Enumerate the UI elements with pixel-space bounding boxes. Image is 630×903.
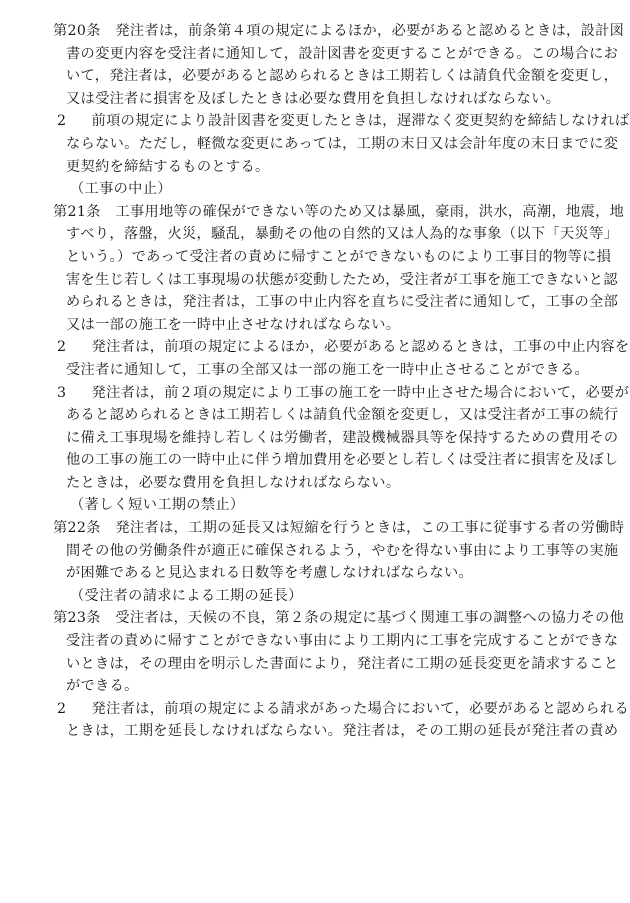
article-21-para-3: 3 発注者は，前２項の規定により工事の施工を一時中止させた場合において，必要が <box>53 382 578 405</box>
article-21-line-5: められるときは，発注者は，工事の中止内容を直ちに受注者に通知して，工事の全部 <box>53 291 578 314</box>
article-21-para-2-line-2: 受注者に通知して，工事の全部又は一部の施工を一時中止させることができる。 <box>53 359 578 382</box>
article-23-para-2: 2 発注者は，前項の規定による請求があった場合において，必要があると認められる <box>53 698 578 721</box>
section-heading-extension-request: （受注者の請求による工期の延長） <box>53 585 578 608</box>
section-heading-work-suspension: （工事の中止） <box>53 178 578 201</box>
article-20-line-4: 又は受注者に損害を及ぼしたときは必要な費用を負担しなければならない。 <box>53 88 578 111</box>
article-22-line-1: 第22条 発注者は，工期の延長又は短縮を行うときは，この工事に従事する者の労働時 <box>53 517 578 540</box>
article-23-para-2-line-2: ときは，工期を延長しなければならない。発注者は，その工期の延長が発注者の責め <box>53 720 578 743</box>
article-20-line-2: 書の変更内容を受注者に通知して，設計図書を変更することができる。この場合にお <box>53 43 578 66</box>
article-23-line-4: ができる。 <box>53 675 578 698</box>
article-20-para-2-line-3: 更契約を締結するものとする。 <box>53 156 578 179</box>
document-page: 第20条 発注者は，前条第４項の規定によるほか，必要があると認めるときは，設計図… <box>53 20 578 743</box>
paragraph-text: 発注者は，前２項の規定により工事の施工を一時中止させた場合において，必要が <box>77 385 629 401</box>
article-23-line-1: 第23条 受注者は，天候の不良，第２条の規定に基づく関連工事の調整への協力その他 <box>53 607 578 630</box>
article-23-line-3: いときは，その理由を明示した書面により，発注者に工期の延長変更を請求すること <box>53 653 578 676</box>
paragraph-number: 2 <box>53 110 77 133</box>
paragraph-number: 2 <box>53 698 77 721</box>
article-21-line-6: 又は一部の施工を一時中止させなければならない。 <box>53 314 578 337</box>
article-21-para-3-line-4: 他の工事の施工の一時中止に伴う増加費用を必要とし若しくは受注者に損害を及ぼし <box>53 449 578 472</box>
article-21-para-3-line-2: あると認められるときは工期若しくは請負代金額を変更し，又は受注者が工事の続行 <box>53 404 578 427</box>
article-21-line-2: すべり，落盤，火災，騒乱，暴動その他の自然的又は人為的な事象（以下「天災等」 <box>53 223 578 246</box>
article-20-para-2-line-2: ならない。ただし，軽微な変更にあっては，工期の末日又は会計年度の末日までに変 <box>53 133 578 156</box>
paragraph-number: 3 <box>53 382 77 405</box>
article-23-line-2: 受注者の責めに帰すことができない事由により工期内に工事を完成することができな <box>53 630 578 653</box>
article-21-para-2: 2 発注者は，前項の規定によるほか，必要があると認めるときは，工事の中止内容を <box>53 336 578 359</box>
paragraph-text: 前項の規定により設計図書を変更したときは，遅滞なく変更契約を締結しなければ <box>77 113 629 129</box>
article-22-line-3: が困難であると見込まれる日数等を考慮しなければならない。 <box>53 562 578 585</box>
article-22-line-2: 間その他の労働条件が適正に確保されるよう，やむを得ない事由により工事等の実施 <box>53 540 578 563</box>
article-21-para-3-line-5: たときは，必要な費用を負担しなければならない。 <box>53 472 578 495</box>
article-21-line-4: 害を生じ若しくは工事現場の状態が変動したため，受注者が工事を施工できないと認 <box>53 269 578 292</box>
paragraph-number: 2 <box>53 336 77 359</box>
article-20-line-3: いて，発注者は，必要があると認められるときは工期若しくは請負代金額を変更し， <box>53 65 578 88</box>
article-20-line-1: 第20条 発注者は，前条第４項の規定によるほか，必要があると認めるときは，設計図 <box>53 20 578 43</box>
article-21-para-3-line-3: に備え工事現場を維持し若しくは労働者，建設機械器具等を保持するための費用その <box>53 427 578 450</box>
paragraph-text: 発注者は，前項の規定による請求があった場合において，必要があると認められる <box>77 701 629 717</box>
article-21-line-1: 第21条 工事用地等の確保ができない等のため又は暴風，豪雨，洪水，高潮，地震，地 <box>53 201 578 224</box>
article-21-line-3: という。）であって受注者の責めに帰すことができないものにより工事目的物等に損 <box>53 246 578 269</box>
article-20-para-2: 2 前項の規定により設計図書を変更したときは，遅滞なく変更契約を締結しなければ <box>53 110 578 133</box>
paragraph-text: 発注者は，前項の規定によるほか，必要があると認めるときは，工事の中止内容を <box>77 339 629 355</box>
section-heading-short-period-ban: （著しく短い工期の禁止） <box>53 494 578 517</box>
